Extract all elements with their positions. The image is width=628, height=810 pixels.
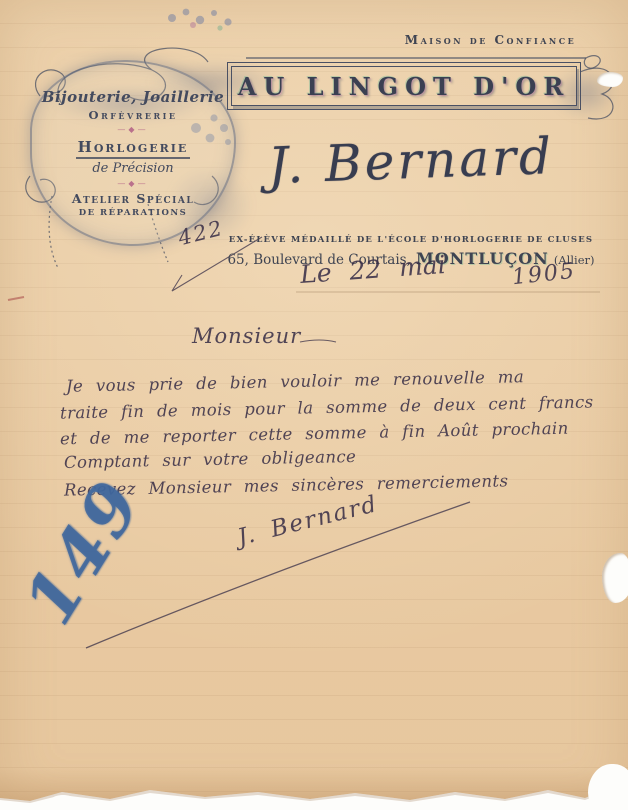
service-line-workshop: Atelier Spécial	[38, 191, 228, 206]
service-line-jewelry: Bijouterie, Joaillerie	[38, 88, 228, 106]
services-cartouche: Bijouterie, Joaillerie Orfèvrerie —◆— Ho…	[38, 88, 228, 220]
tear-right-edge	[602, 553, 628, 603]
service-line-repairs: de Réparations	[38, 208, 228, 218]
service-line-watchmaking: Horlogerie	[76, 138, 191, 159]
motto: Maison de Confiance	[398, 33, 583, 47]
service-line-precision: de Précision	[38, 161, 228, 176]
tear-bottom-left-spot	[50, 795, 76, 809]
scanned-letter-page: Maison de Confiance Au Lingot d'Or Bijou…	[0, 0, 628, 810]
shop-banner: Au Lingot d'Or	[231, 66, 577, 106]
tear-top-right-nick	[597, 72, 623, 87]
divider-ornament: —◆—	[38, 125, 228, 134]
credential-line: Ex-Élève Médaillé de l'École d'Horlogeri…	[228, 235, 594, 245]
divider-ornament: —◆—	[38, 179, 228, 188]
shop-banner-label: Au Lingot d'Or	[238, 72, 571, 101]
service-line-silverware: Orfèvrerie	[38, 108, 228, 122]
salutation: Monsieur	[192, 324, 301, 348]
tear-bottom-left-spot	[84, 799, 102, 810]
